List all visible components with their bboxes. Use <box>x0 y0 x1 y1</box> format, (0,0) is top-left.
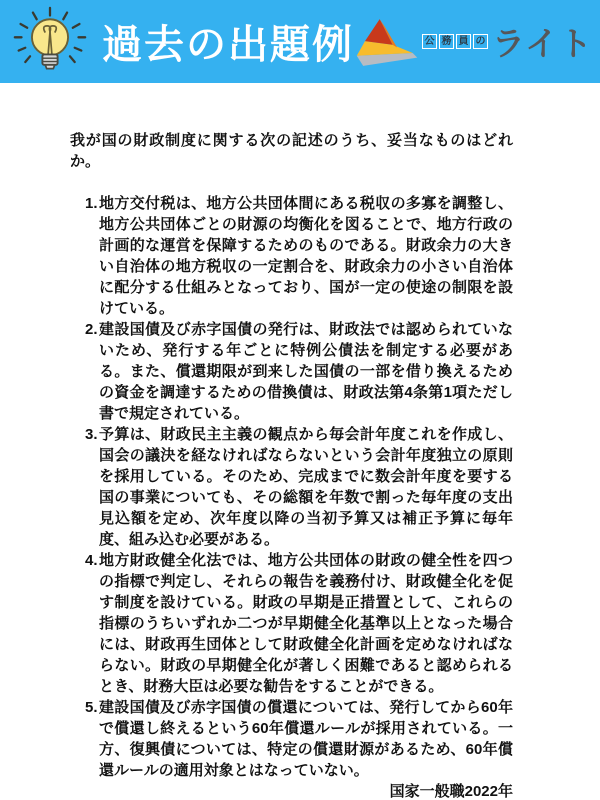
choice-number: 2. <box>85 319 99 424</box>
logo-bird-icon <box>354 14 420 70</box>
logo-prefix-char: 務 <box>439 34 454 49</box>
logo-prefix-char: 公 <box>422 34 437 49</box>
choice-text: 地方交付税は、地方公共団体間にある税収の多寡を調整し、地方公共団体ごとの財源の均… <box>99 193 513 319</box>
worksheet-page: 過去の出題例 公 務 員 の ライト 我が国の財政制度に関する次の記述のうち、妥… <box>0 0 600 800</box>
choice-text: 建設国債及び赤字国債の償還については、発行してから60年で償還し終えるという60… <box>99 697 513 781</box>
choice-number: 3. <box>85 424 99 550</box>
header-banner: 過去の出題例 公 務 員 の ライト <box>0 0 600 83</box>
lightbulb-icon <box>12 5 88 81</box>
choice-item-2: 2. 建設国債及び赤字国債の発行は、財政法では認められていないため、発行する年ご… <box>85 319 513 424</box>
choices-list: 1. 地方交付税は、地方公共団体間にある税収の多寡を調整し、地方公共団体ごとの財… <box>85 193 513 781</box>
logo-prefix: 公 務 員 の <box>422 34 488 49</box>
choice-item-5: 5. 建設国債及び赤字国債の償還については、発行してから60年で償還し終えるとい… <box>85 697 513 781</box>
page-title: 過去の出題例 <box>102 13 354 70</box>
logo-name: ライト <box>492 18 593 65</box>
brand-logo: 公 務 員 の ライト <box>354 14 593 70</box>
logo-prefix-char: 員 <box>456 34 471 49</box>
choice-item-4: 4. 地方財政健全化法では、地方公共団体の財政の健全性を四つの指標で判定し、それ… <box>85 550 513 697</box>
choice-text: 地方財政健全化法では、地方公共団体の財政の健全性を四つの指標で判定し、それらの報… <box>99 550 513 697</box>
source-label: 国家一般職2022年 <box>70 781 513 800</box>
logo-prefix-char: の <box>473 34 488 49</box>
choice-number: 1. <box>85 193 99 319</box>
choice-text: 予算は、財政民主主義の観点から毎会計年度これを作成し、国会の議決を経なければなら… <box>99 424 513 550</box>
choice-number: 4. <box>85 550 99 697</box>
choice-item-3: 3. 予算は、財政民主主義の観点から毎会計年度これを作成し、国会の議決を経なけれ… <box>85 424 513 550</box>
question-content: 我が国の財政制度に関する次の記述のうち、妥当なものはどれか。 1. 地方交付税は… <box>0 83 600 800</box>
question-stem: 我が国の財政制度に関する次の記述のうち、妥当なものはどれか。 <box>70 130 513 172</box>
choice-number: 5. <box>85 697 99 781</box>
choice-item-1: 1. 地方交付税は、地方公共団体間にある税収の多寡を調整し、地方公共団体ごとの財… <box>85 193 513 319</box>
choice-text: 建設国債及び赤字国債の発行は、財政法では認められていないため、発行する年ごとに特… <box>99 319 513 424</box>
